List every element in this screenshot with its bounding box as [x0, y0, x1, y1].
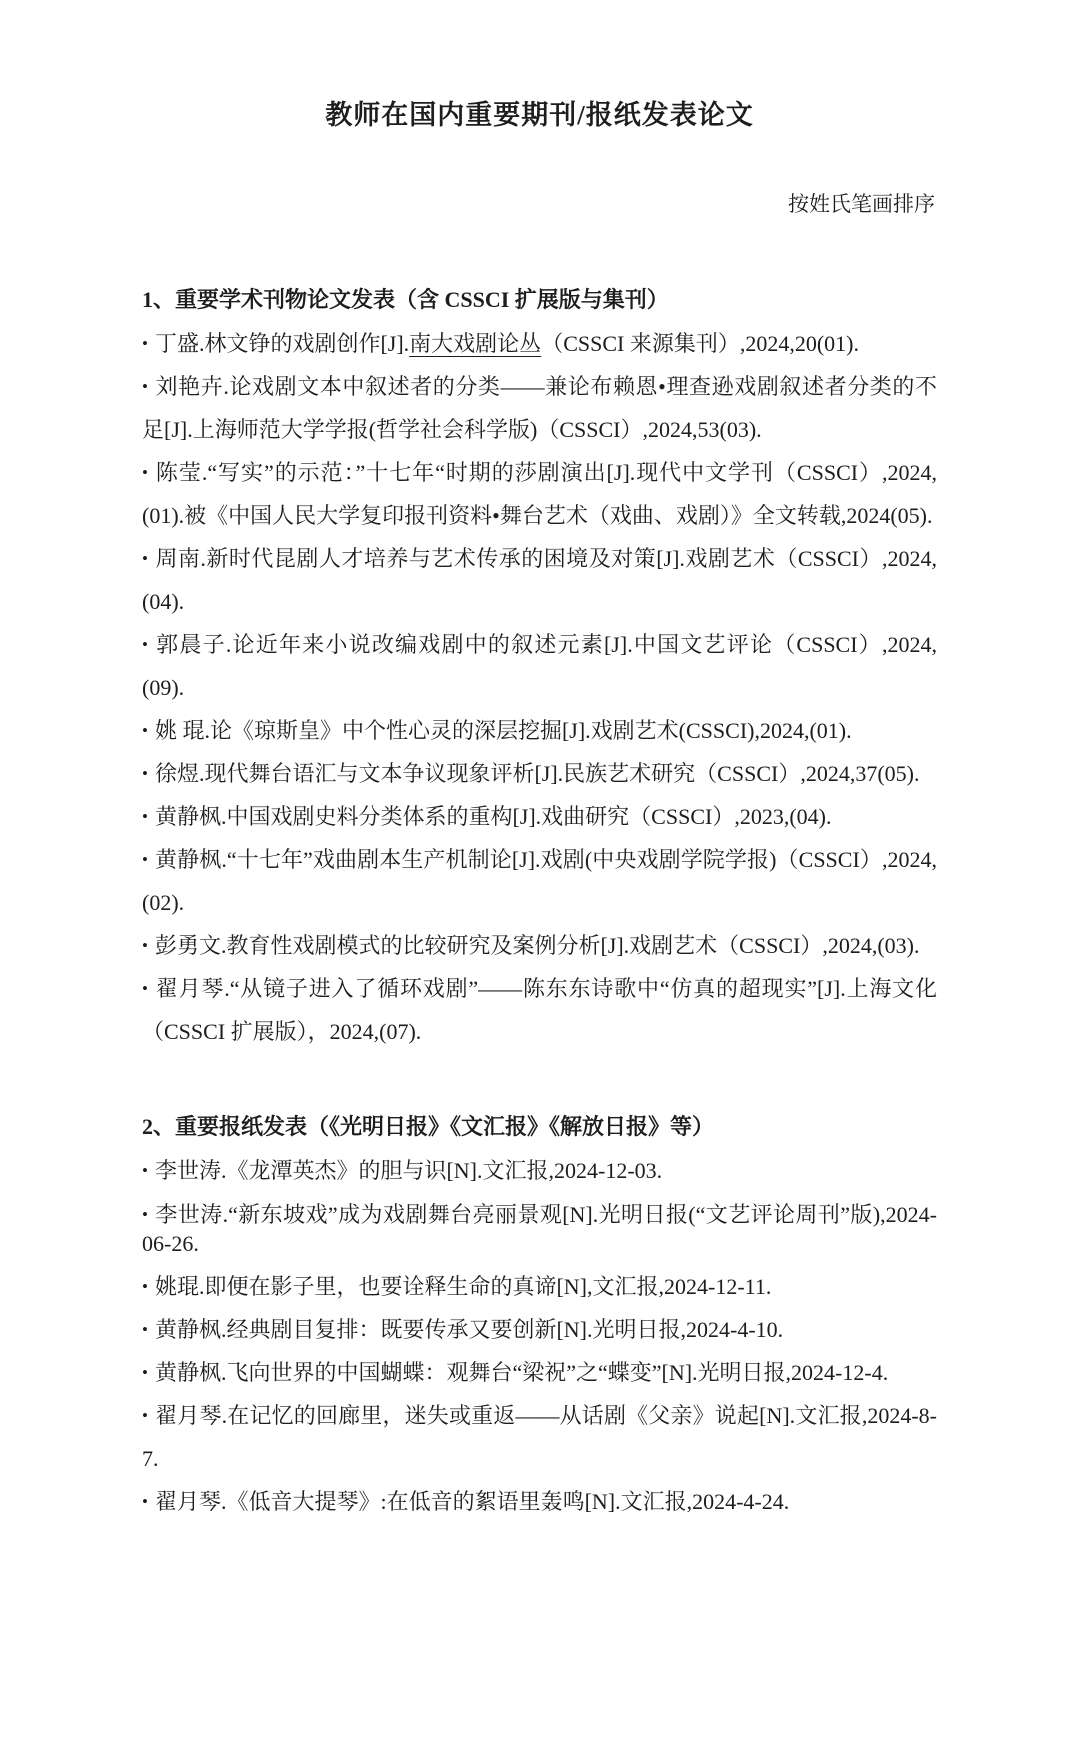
item-text: 周南.新时代昆剧人才培养与艺术传承的困境及对策[J].戏剧艺术（CSSCI）,2… — [142, 546, 937, 614]
bullet-icon: • — [142, 1265, 148, 1308]
publication-item: •黄静枫.中国戏剧史料分类体系的重构[J].戏曲研究（CSSCI）,2023,(… — [142, 795, 937, 838]
item-text: 黄静枫.“十七年”戏曲剧本生产机制论[J].戏剧(中央戏剧学院学报)（CSSCI… — [142, 847, 937, 915]
publication-item: •徐煜.现代舞台语汇与文本争议现象评析[J].民族艺术研究（CSSCI）,202… — [142, 752, 937, 795]
bullet-icon: • — [142, 322, 148, 365]
item-text: 丁盛.林文铮的戏剧创作[J]. — [155, 331, 409, 356]
bullet-icon: • — [142, 451, 148, 494]
bullet-icon: • — [142, 924, 148, 967]
bullet-icon: • — [142, 1351, 148, 1394]
publication-item: •陈莹.“写实”的示范：”十七年“时期的莎剧演出[J].现代中文学刊（CSSCI… — [142, 451, 937, 537]
section-2-heading: 2、重要报纸发表（《光明日报》《文汇报》《解放日报》等） — [142, 1111, 937, 1143]
bullet-icon: • — [142, 709, 148, 752]
bullet-icon: • — [142, 752, 148, 795]
publication-item: •李世涛.《龙潭英杰》的胆与识[N].文汇报,2024-12-03. — [142, 1149, 937, 1192]
publication-item: •彭勇文.教育性戏剧模式的比较研究及案例分析[J].戏剧艺术（CSSCI）,20… — [142, 924, 937, 967]
bullet-icon: • — [142, 838, 148, 881]
item-text: 姚 琨.论《琼斯皇》中个性心灵的深层挖掘[J].戏剧艺术(CSSCI),2024… — [155, 718, 852, 743]
publication-item: •翟月琴.《低音大提琴》:在低音的絮语里轰鸣[N].文汇报,2024-4-24. — [142, 1480, 937, 1523]
item-text: 郭晨子.论近年来小说改编戏剧中的叙述元素[J].中国文艺评论（CSSCI）,20… — [142, 632, 937, 700]
bullet-icon: • — [142, 1480, 148, 1523]
item-text: （CSSCI 来源集刊）,2024,20(01). — [541, 331, 859, 356]
publication-item: •姚琨.即便在影子里，也要诠释生命的真谛[N],文汇报,2024-12-11. — [142, 1265, 937, 1308]
item-text: 翟月琴.《低音大提琴》:在低音的絮语里轰鸣[N].文汇报,2024-4-24. — [155, 1489, 789, 1514]
item-text: 李世涛.“新东坡戏”成为戏剧舞台亮丽景观[N].光明日报(“文艺评论周刊”版),… — [142, 1202, 937, 1256]
publication-item: •翟月琴.“从镜子进入了循环戏剧”——陈东东诗歌中“仿真的超现实”[J].上海文… — [142, 967, 937, 1053]
item-text: 姚琨.即便在影子里，也要诠释生命的真谛[N],文汇报,2024-12-11. — [155, 1274, 771, 1299]
publication-item: •李世涛.“新东坡戏”成为戏剧舞台亮丽景观[N].光明日报(“文艺评论周刊”版)… — [142, 1200, 937, 1258]
publication-item: •刘艳卉.论戏剧文本中叙述者的分类——兼论布赖恩•理查逊戏剧叙述者分类的不足[J… — [142, 365, 937, 451]
section-2-items: •李世涛.《龙潭英杰》的胆与识[N].文汇报,2024-12-03. •李世涛.… — [142, 1149, 937, 1523]
item-text: 翟月琴.“从镜子进入了循环戏剧”——陈东东诗歌中“仿真的超现实”[J].上海文化… — [142, 976, 937, 1044]
item-text: 彭勇文.教育性戏剧模式的比较研究及案例分析[J].戏剧艺术（CSSCI）,202… — [155, 933, 920, 958]
section-1-heading: 1、重要学术刊物论文发表（含 CSSCI 扩展版与集刊） — [142, 284, 937, 316]
bullet-icon: • — [142, 1200, 148, 1229]
underlined-journal-name: 南大戏剧论丛 — [409, 331, 541, 356]
bullet-icon: • — [142, 1149, 148, 1192]
document-page: 教师在国内重要期刊/报纸发表论文 按姓氏笔画排序 1、重要学术刊物论文发表（含 … — [0, 0, 1080, 1760]
publication-item: •丁盛.林文铮的戏剧创作[J].南大戏剧论丛（CSSCI 来源集刊）,2024,… — [142, 322, 937, 365]
publication-item: •姚 琨.论《琼斯皇》中个性心灵的深层挖掘[J].戏剧艺术(CSSCI),202… — [142, 709, 937, 752]
bullet-icon: • — [142, 1394, 148, 1437]
item-text: 黄静枫.经典剧目复排：既要传承又要创新[N].光明日报,2024-4-10. — [155, 1317, 783, 1342]
item-text: 陈莹.“写实”的示范：”十七年“时期的莎剧演出[J].现代中文学刊（CSSCI）… — [142, 460, 937, 528]
bullet-icon: • — [142, 795, 148, 838]
item-text: 翟月琴.在记忆的回廊里，迷失或重返——从话剧《父亲》说起[N].文汇报,2024… — [142, 1403, 937, 1471]
bullet-icon: • — [142, 1308, 148, 1351]
item-text: 徐煜.现代舞台语汇与文本争议现象评析[J].民族艺术研究（CSSCI）,2024… — [155, 761, 920, 786]
bullet-icon: • — [142, 365, 148, 408]
item-text: 黄静枫.飞向世界的中国蝴蝶：观舞台“梁祝”之“蝶变”[N].光明日报,2024-… — [155, 1360, 888, 1385]
sort-note: 按姓氏笔画排序 — [142, 190, 937, 218]
bullet-icon: • — [142, 537, 148, 580]
publication-item: •郭晨子.论近年来小说改编戏剧中的叙述元素[J].中国文艺评论（CSSCI）,2… — [142, 623, 937, 709]
doc-title: 教师在国内重要期刊/报纸发表论文 — [142, 0, 937, 132]
publication-item: •周南.新时代昆剧人才培养与艺术传承的困境及对策[J].戏剧艺术（CSSCI）,… — [142, 537, 937, 623]
item-text: 李世涛.《龙潭英杰》的胆与识[N].文汇报,2024-12-03. — [155, 1158, 662, 1183]
publication-item: •黄静枫.经典剧目复排：既要传承又要创新[N].光明日报,2024-4-10. — [142, 1308, 937, 1351]
publication-item: •黄静枫.“十七年”戏曲剧本生产机制论[J].戏剧(中央戏剧学院学报)（CSSC… — [142, 838, 937, 924]
bullet-icon: • — [142, 967, 148, 1010]
section-1-items: •丁盛.林文铮的戏剧创作[J].南大戏剧论丛（CSSCI 来源集刊）,2024,… — [142, 322, 937, 1053]
item-text: 刘艳卉.论戏剧文本中叙述者的分类——兼论布赖恩•理查逊戏剧叙述者分类的不足[J]… — [142, 374, 937, 442]
item-text: 黄静枫.中国戏剧史料分类体系的重构[J].戏曲研究（CSSCI）,2023,(0… — [155, 804, 832, 829]
bullet-icon: • — [142, 623, 148, 666]
publication-item: •黄静枫.飞向世界的中国蝴蝶：观舞台“梁祝”之“蝶变”[N].光明日报,2024… — [142, 1351, 937, 1394]
publication-item: •翟月琴.在记忆的回廊里，迷失或重返——从话剧《父亲》说起[N].文汇报,202… — [142, 1394, 937, 1480]
